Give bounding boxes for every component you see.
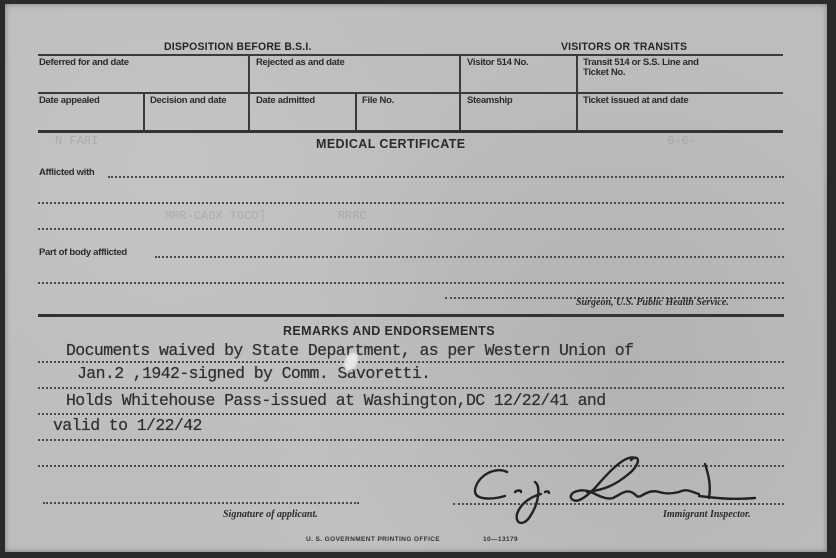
remarks-rule [38, 361, 784, 363]
surgeon-label: Surgeon, U.S. Public Health Service. [576, 297, 729, 308]
bleed-through-text: MRR-CAGX TOCO] RRRC [165, 209, 367, 223]
rejected-label: Rejected as and date [256, 58, 345, 68]
inspector-signature [465, 452, 765, 532]
immigration-record-card: DISPOSITION BEFORE B.S.I. VISITORS OR TR… [5, 4, 827, 552]
remarks-rule [38, 413, 784, 415]
bleed-through-text: N FARI 6-6- [55, 134, 696, 148]
visitor-514-label: Visitor 514 No. [467, 58, 528, 68]
decision-label: Decision and date [150, 96, 226, 106]
afflicted-line-3 [38, 228, 784, 230]
deferred-label: Deferred for and date [39, 58, 129, 68]
medical-bottom-line [38, 314, 784, 317]
grid-divider [355, 93, 357, 131]
remarks-rule [38, 387, 784, 389]
grid-divider [248, 55, 250, 131]
grid-divider [576, 55, 578, 131]
afflicted-line-2 [38, 202, 784, 204]
grid-divider [459, 55, 461, 131]
date-admitted-label: Date admitted [256, 96, 315, 106]
file-no-label: File No. [362, 96, 394, 106]
remarks-rule [38, 439, 784, 441]
part-of-body-label: Part of body afflicted [39, 248, 127, 258]
grid-bottom-line [38, 130, 783, 133]
date-appealed-label: Date appealed [39, 96, 100, 106]
ticket-issued-label: Ticket issued at and date [583, 96, 688, 106]
applicant-signature-label: Signature of applicant. [223, 509, 318, 520]
printer-footer: U. S. GOVERNMENT PRINTING OFFICE [306, 536, 440, 543]
part-of-body-field [155, 256, 784, 258]
afflicted-with-label: Afflicted with [39, 168, 94, 178]
afflicted-with-field [108, 176, 784, 178]
applicant-signature-line [43, 502, 359, 504]
grid-top-line [38, 54, 783, 56]
remarks-line-3: Holds Whitehouse Pass-issued at Washingt… [66, 391, 606, 410]
inspector-signature-label: Immigrant Inspector. [663, 509, 751, 520]
grid-divider [143, 93, 145, 131]
steamship-label: Steamship [467, 96, 512, 106]
transit-514-label: Transit 514 or S.S. Line and Ticket No. [583, 58, 723, 78]
remarks-line-2: Jan.2 ,1942-signed by Comm. Savoretti. [77, 364, 430, 383]
remarks-title: REMARKS AND ENDORSEMENTS [283, 324, 495, 338]
remarks-line-4: valid to 1/22/42 [53, 416, 202, 435]
form-number: 10—13179 [483, 536, 518, 543]
visitors-title: VISITORS OR TRANSITS [561, 41, 687, 53]
disposition-title: DISPOSITION BEFORE B.S.I. [164, 41, 312, 53]
part-of-body-line-2 [38, 282, 784, 284]
grid-mid-line [38, 92, 783, 94]
